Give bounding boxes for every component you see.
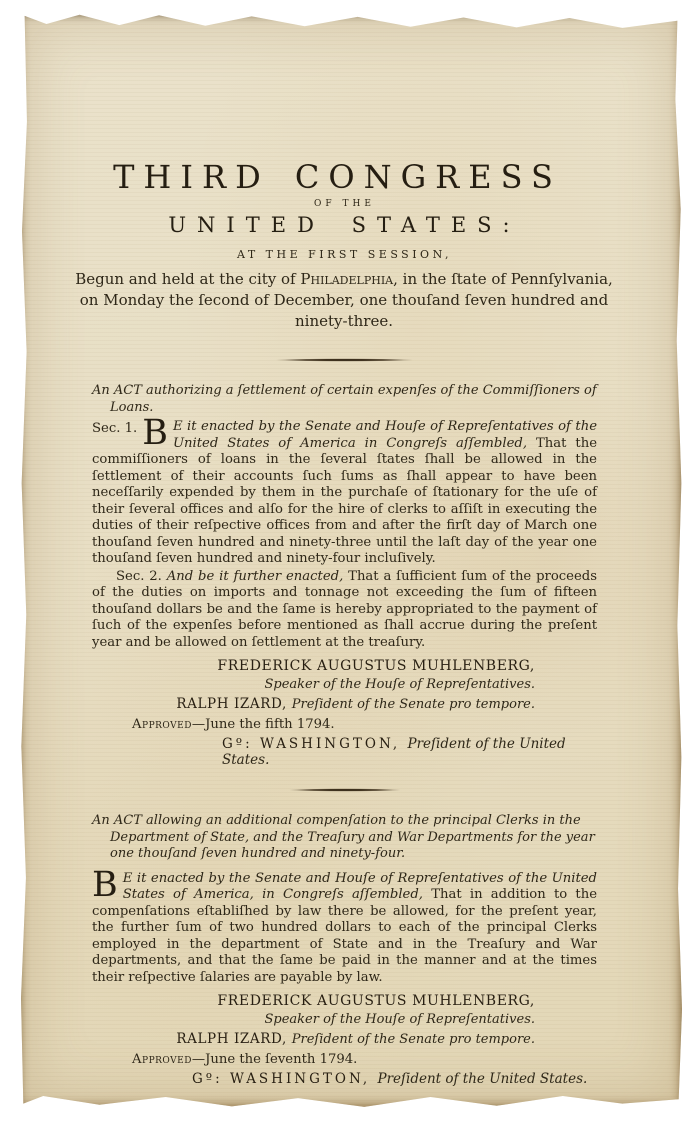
act1-president-signature: Gº: WASHINGTON, Preſident of the United … [92, 736, 597, 768]
act1-president-name: WASHINGTON, [260, 736, 408, 752]
act2-approved-line: Approved—June the ſeventh 1794. [92, 1052, 597, 1067]
act2-block: An ACT allowing an additional compenſati… [92, 813, 597, 1087]
of-the-label: OF THE [92, 199, 597, 209]
act1-dropcap-group: Sec. 1.B [92, 420, 168, 447]
act1-approved-label: Approved [132, 717, 192, 732]
act1-approved-date: —June the fifth 1794. [192, 717, 335, 732]
act2-signature-block: FREDERICK AUGUSTUS MUHLENBERG, Speaker o… [92, 993, 597, 1047]
act2-senate-president-title: Preſident of the Senate pro tempore. [292, 1032, 535, 1047]
page-content: THIRD CONGRESS OF THE UNITED STATES: AT … [20, 12, 597, 1087]
intro-text-pre: Begun and held at the city of [75, 270, 300, 288]
scan-background: THIRD CONGRESS OF THE UNITED STATES: AT … [0, 0, 700, 1122]
section-divider-2 [270, 788, 420, 792]
act1-section2-paragraph: Sec. 2. And be it further enacted, That … [92, 569, 597, 652]
act1-approved-line: Approved—June the fifth 1794. [92, 717, 597, 732]
act1-sec2-enacting-clause: And be it further enacted, [167, 569, 344, 584]
act2-senate-president-line: RALPH IZARD, Preſident of the Senate pro… [92, 1031, 535, 1047]
act1-sec1-body-text: That the commiſſioners of loans in the ſ… [92, 436, 597, 567]
act2-president-signature: Gº: WASHINGTON, Preſident of the United … [92, 1071, 597, 1087]
intro-city-name: Philadelphia [300, 270, 393, 288]
act1-section1-paragraph: Sec. 1.BE it enacted by the Senate and H… [92, 419, 597, 568]
act2-approved-label: Approved [132, 1052, 192, 1067]
document-page: THIRD CONGRESS OF THE UNITED STATES: AT … [20, 12, 682, 1108]
act1-senate-president-name: RALPH IZARD, [176, 696, 291, 712]
act2-approved-date: —June the ſeventh 1794. [192, 1052, 357, 1067]
act2-speaker-title: Speaker of the Houſe of Repreſentatives. [92, 1012, 535, 1027]
act2-senate-president-name: RALPH IZARD, [176, 1031, 291, 1047]
act1-senate-president-line: RALPH IZARD, Preſident of the Senate pro… [92, 696, 535, 712]
act2-president-title: Preſident of the United States. [378, 1071, 588, 1087]
act1-president-initial: Gº: [222, 736, 260, 752]
act2-heading: An ACT allowing an additional compenſati… [92, 813, 597, 863]
united-states-title: UNITED STATES: [92, 213, 597, 237]
act1-heading: An ACT authorizing a ſettlement of certa… [92, 383, 597, 416]
act1-speaker-title: Speaker of the Houſe of Repreſentatives. [92, 677, 535, 692]
act2-speaker-name: FREDERICK AUGUSTUS MUHLENBERG, [92, 993, 535, 1009]
act1-senate-president-title: Preſident of the Senate pro tempore. [292, 697, 535, 712]
session-line: AT THE FIRST SESSION, [92, 248, 597, 261]
section-divider-1 [252, 358, 437, 362]
act1-sec2-label: Sec. 2. [116, 569, 167, 584]
act2-president-name: WASHINGTON, [230, 1071, 378, 1087]
act2-dropcap-letter: B [92, 872, 118, 899]
session-intro-paragraph: Begun and held at the city of Philadelph… [74, 269, 614, 332]
act2-dropcap-group: B [92, 872, 118, 899]
act1-sec1-label: Sec. 1. [92, 420, 137, 438]
act1-signature-block: FREDERICK AUGUSTUS MUHLENBERG, Speaker o… [92, 658, 597, 712]
act2-president-initial: Gº: [192, 1071, 230, 1087]
act2-body-paragraph: BE it enacted by the Senate and Houſe of… [92, 871, 597, 987]
act1-speaker-name: FREDERICK AUGUSTUS MUHLENBERG, [92, 658, 535, 674]
act1-dropcap-letter: B [142, 420, 168, 447]
congress-title: THIRD CONGRESS [78, 158, 597, 196]
